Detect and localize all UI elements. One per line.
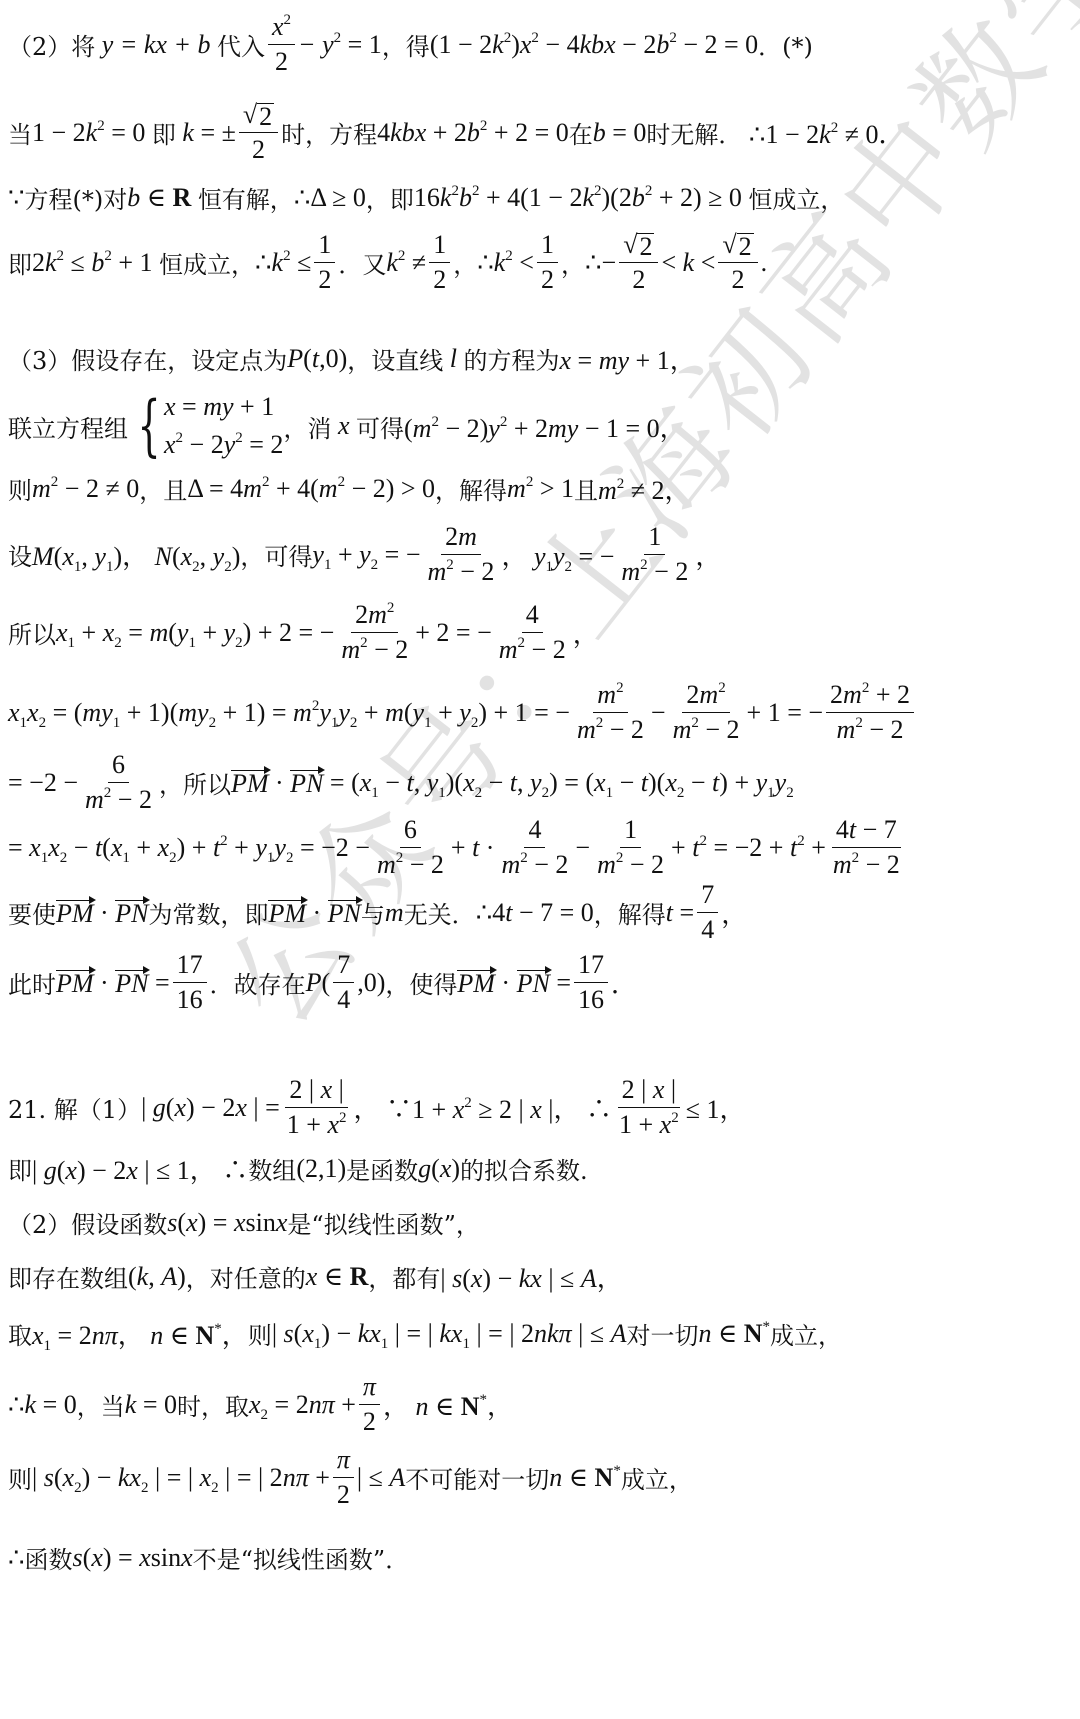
part2-line-3: ∵ 方程(*)对 b ∈ R 恒有解， ∴Δ ≥ 0 ，即 16k2b2 + 4… (8, 180, 844, 215)
part3-line-7: = −2 − 6m2 − 2 ，所以 PM · PN = (x1 − t, y1… (8, 750, 794, 815)
q21-line-6: ∴k = 0 ，当 k = 0 时，取 x2 = 2nπ + π2 ， n ∈ … (8, 1372, 513, 1437)
q21-line-3: （2）假设函数 s(x) = xsinx 是“拟线性函数”， (8, 1205, 480, 1240)
part2-line-4: 即 2k2 ≤ b2 + 1 恒成立， ∴k2 ≤ 12 ．又 k2 ≠ 12 … (8, 230, 767, 295)
q21-line-8: ∴ 函数 s(x) = xsinx 不是“拟线性函数”． (8, 1540, 409, 1575)
part3-line-1: （3） 假设存在，设定点为 P(t,0) ，设直线 l 的方程为 x = my … (8, 340, 696, 377)
q21-line-1: 21. 解（1） | g(x) − 2x | = 2 | x |1 + x2 ，… (8, 1075, 746, 1140)
part3-line-3: 则 m2 − 2 ≠ 0 ，且 Δ = 4m2 + 4(m2 − 2) > 0 … (8, 470, 691, 507)
part2-line-1: （2） 将 y = kx + b 代入 x22 − y2 = 1 ，得 (1 −… (8, 12, 813, 77)
q21-line-2: 即 | g(x) − 2x | ≤ 1， ∴ 数组 (2,1) 是函数 g(x)… (8, 1150, 588, 1187)
q21-line-5: 取 x1 = 2nπ， n ∈ N*， 则 | s(x1) − kx1 | = … (8, 1315, 842, 1352)
part3-line-10: 此时 PM · PN = 1716 ．故存在 P( 74 ,0) ，使得 PM … (8, 950, 637, 1015)
part3-line-4: 设 M(x1, y1)， N(x2, y2) ，可得 y1 + y2 = − 2… (8, 522, 721, 587)
part3-line-5: 所以 x1 + x2 = m(y1 + y2) + 2 = − 2m2m2 − … (8, 600, 599, 665)
equation-system: { x = my + 1x2 − 2y2 = 2 (128, 388, 283, 464)
part3-line-8: = x1x2 − t(x1 + x2) + t2 + y1y2 = −2 − 6… (8, 815, 907, 880)
part2-line-2: 当 1 − 2k2 = 0 即 k = ± √22 时，方程 4kbx + 2b… (8, 100, 904, 165)
q21-line-7: 则 | s(x2) − kx2 | = | x2 | = | 2nπ + π2 … (8, 1445, 693, 1510)
part3-line-2: 联立方程组 { x = my + 1x2 − 2y2 = 2 ，消 x 可得 (… (8, 388, 686, 464)
part3-line-6: x1x2 = (my1 + 1)(my2 + 1) = m2y1y2 + m(y… (8, 680, 917, 745)
part3-line-9: 要使 PM · PN 为常数，即 PM · PN 与 m 无关． ∴4t − 7… (8, 880, 747, 945)
q21-line-4: 即存在数组 (k, A) ，对任意的 x ∈ R ，都有 | s(x) − kx… (8, 1258, 623, 1295)
